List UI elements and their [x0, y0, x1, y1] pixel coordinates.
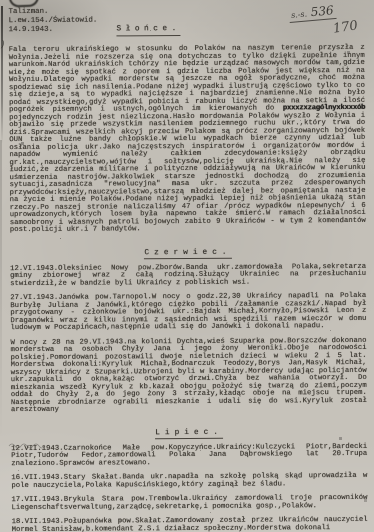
intro-paragraph: Fala teroru ukraińskiego w stosunku do P… [9, 45, 366, 235]
incident-entry-lipiec-1: 12.VII.1943.Czarnokońce Małe pow.Kopyczy… [11, 443, 367, 468]
section-heading-lipiec: Lipiec. [11, 419, 367, 439]
section-heading-czerwiec-label: Czerwiec. [144, 248, 231, 259]
section-heading-czerwiec: Czerwiec. [10, 239, 366, 259]
incident-entry-czerwiec-3: W nocy z 28 na 29.VI.1943.na kolonii Dyc… [10, 337, 366, 414]
typed-header: Talizman. L.ew.154./Światowid. 14.9.1943… [8, 6, 364, 35]
incident-entry-czerwiec-1: 12.VI.1943.Oleksiniec Nowy pow.Zborów.Ba… [10, 263, 366, 288]
incident-entry-lipiec-4: 18.VII.1943.Połupanówka pow.Skałat.Zamor… [12, 517, 368, 532]
incident-entry-czerwiec-2: 27.VI.1943.Janówka pow.Tarnopol.W nocy o… [10, 293, 366, 333]
section-heading-lipiec-label: Lipiec. [155, 428, 223, 439]
section-lipiec: Lipiec. 12.VII.1943.Czarnokońce Małe pow… [11, 419, 368, 532]
incident-entry-lipiec-3: 17.VII.1943.Brykula Stara pow.Trembowla.… [11, 495, 367, 512]
document-content: Talizman. L.ew.154./Światowid. 14.9.1943… [0, 0, 374, 532]
incident-entry-lipiec-2: 16.VII.1943.Stary Skałat.Banda ukr.napad… [11, 473, 367, 490]
section-czerwiec: Czerwiec. 12.VI.1943.Oleksiniec Nowy pow… [10, 239, 367, 414]
document-title: Słońce. [116, 25, 180, 36]
document-page: ) s.-s. 536 170 Talizman. L.ew.154./Świa… [0, 0, 374, 532]
intro-text-2: pojedynczych rodzin jest niezliczona.Has… [9, 111, 366, 234]
